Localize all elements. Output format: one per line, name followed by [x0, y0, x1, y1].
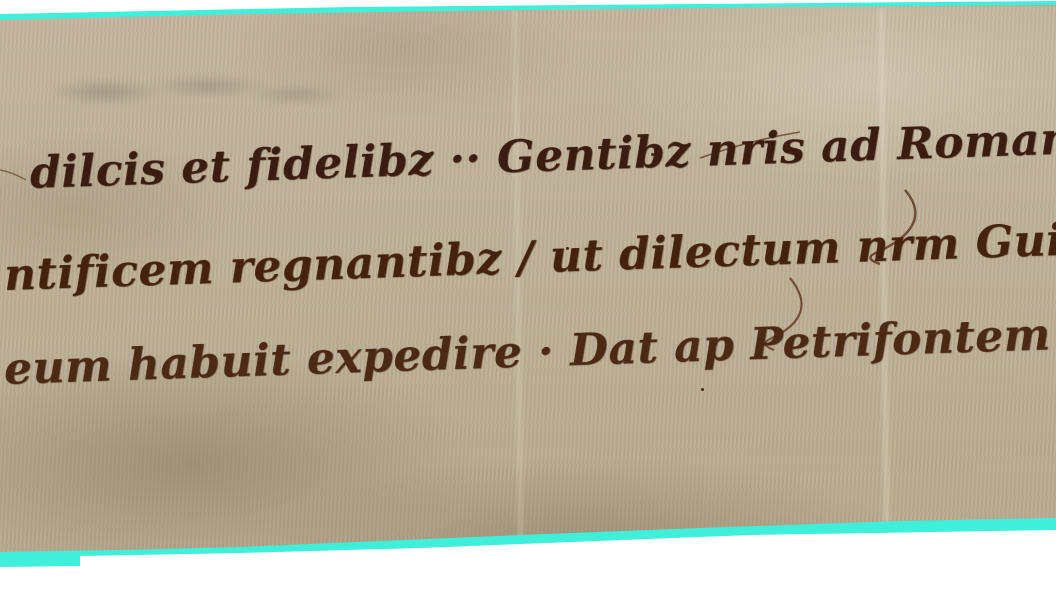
ink-showthrough-marks [48, 60, 338, 118]
scan-page: dilcis et fidelibz ·· Gentibz nris ad Ro… [0, 0, 1056, 594]
ink-speck [701, 388, 704, 391]
manuscript-line-2: ntificem regnantibz / ut dilectum nrm Gu… [3, 214, 1018, 303]
ink-speck [566, 247, 569, 250]
ink-speck [651, 153, 654, 156]
parchment: dilcis et fidelibz ·· Gentibz nris ad Ro… [0, 0, 1056, 594]
ink-speck [627, 146, 631, 150]
manuscript-line-3: eum habuit expedire · Dat ap Petrifontem… [3, 309, 1008, 397]
manuscript-line-1: dilcis et fidelibz ·· Gentibz nris ad Ro… [29, 112, 1052, 201]
fold-line [879, 8, 889, 554]
